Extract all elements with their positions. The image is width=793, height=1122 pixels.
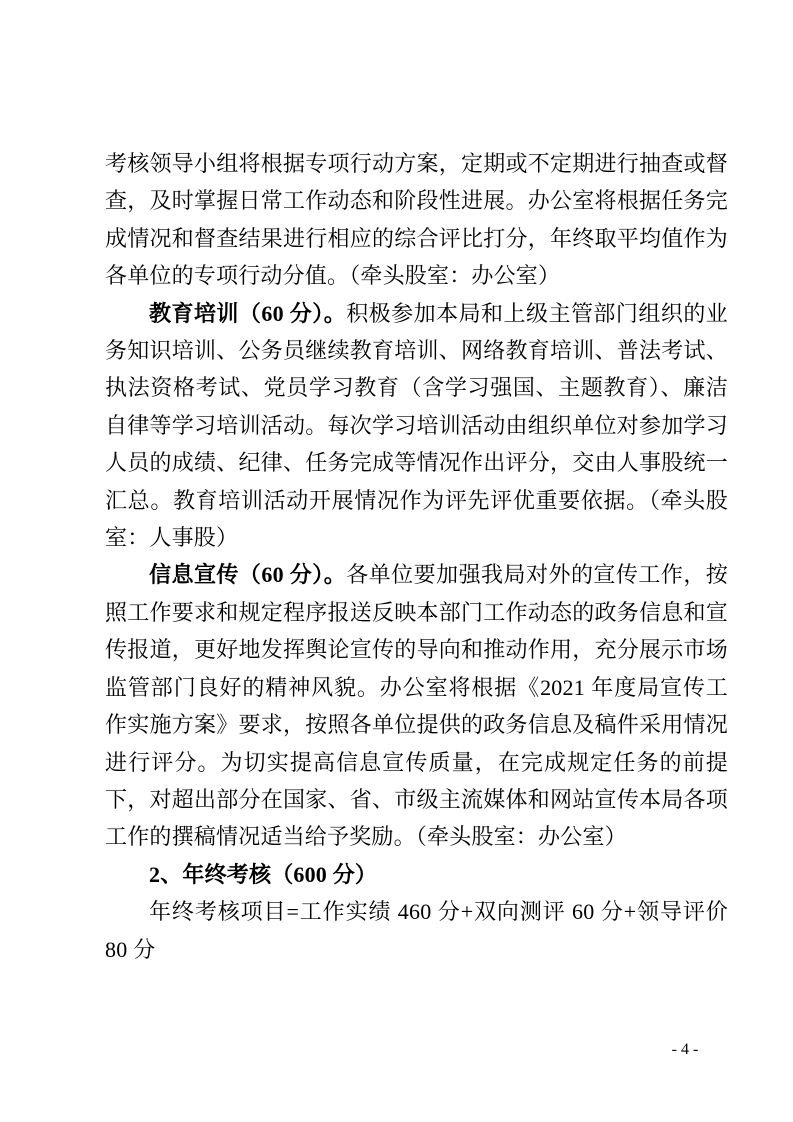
text-segment: 年终考核项目=工作实绩 460 分+双向测评 60 分+领导评价 80 分 xyxy=(105,899,728,961)
paragraph: 考核领导小组将根据专项行动方案，定期或不定期进行抽查或督查，及时掌握日常工作动态… xyxy=(105,145,728,295)
text-segment: 信息宣传（60 分）。 xyxy=(149,562,346,587)
document-body: 考核领导小组将根据专项行动方案，定期或不定期进行抽查或督查，及时掌握日常工作动态… xyxy=(105,145,728,968)
page-number: - 4 - xyxy=(663,1040,707,1059)
text-segment: 考核领导小组将根据专项行动方案，定期或不定期进行抽查或督查，及时掌握日常工作动态… xyxy=(105,151,728,288)
text-segment: 各单位要加强我局对外的宣传工作，按照工作要求和规定程序报送反映本部门工作动态的政… xyxy=(105,562,728,849)
document-page: 考核领导小组将根据专项行动方案，定期或不定期进行抽查或督查，及时掌握日常工作动态… xyxy=(0,0,793,1122)
paragraph: 年终考核项目=工作实绩 460 分+双向测评 60 分+领导评价 80 分 xyxy=(105,893,728,968)
paragraph: 教育培训（60 分）。积极参加本局和上级主管部门组织的业务知识培训、公务员继续教… xyxy=(105,295,728,557)
paragraph: 2、年终考核（600 分） xyxy=(105,856,728,893)
paragraph: 信息宣传（60 分）。各单位要加强我局对外的宣传工作，按照工作要求和规定程序报送… xyxy=(105,556,728,855)
text-segment: 积极参加本局和上级主管部门组织的业务知识培训、公务员继续教育培训、网络教育培训、… xyxy=(105,301,728,550)
text-segment: 2、年终考核（600 分） xyxy=(149,862,377,887)
text-segment: 教育培训（60 分）。 xyxy=(149,301,346,326)
